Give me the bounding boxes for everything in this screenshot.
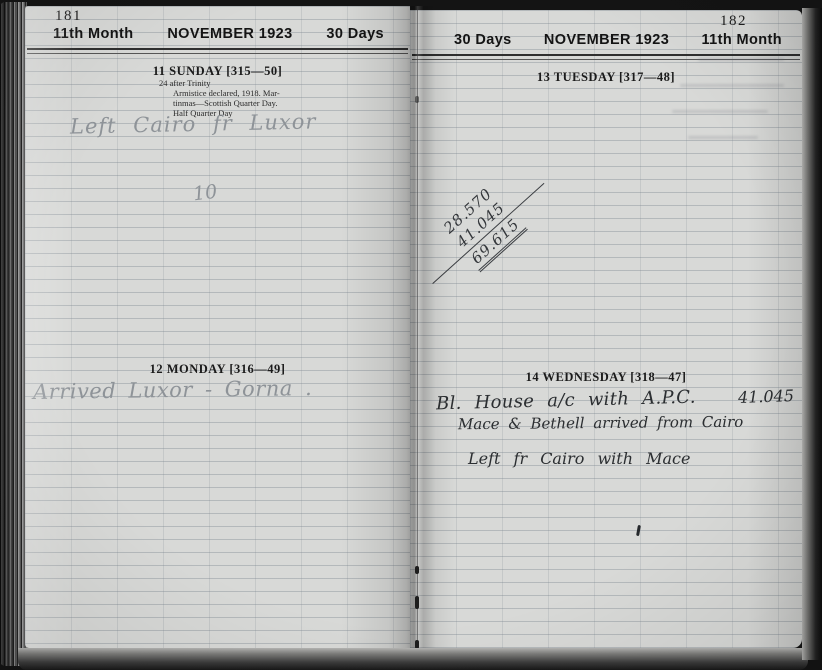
diary-scan: 181 11th Month NOVEMBER 1923 30 Days 11 … xyxy=(0,0,822,670)
day-header-monday: 12 MONDAY [316—49] xyxy=(25,362,410,377)
month-label: 11th Month xyxy=(53,26,134,42)
day-header-sunday: 11 SUNDAY [315—50] xyxy=(25,64,410,79)
header-rule xyxy=(27,48,408,54)
diary-page-left: 181 11th Month NOVEMBER 1923 30 Days 11 … xyxy=(25,6,410,648)
page-number: 181 xyxy=(55,8,82,25)
page-edge-right xyxy=(802,8,822,660)
page-header: 11th Month NOVEMBER 1923 30 Days xyxy=(25,26,410,42)
handwritten-entry: 10 xyxy=(192,181,219,206)
page-header: 30 Days NOVEMBER 1923 11th Month xyxy=(410,32,802,48)
printed-note-line: 24 after Trinity xyxy=(159,78,363,88)
header-title: NOVEMBER 1923 xyxy=(544,32,669,48)
handwritten-amount: 41.045 xyxy=(738,386,795,407)
days-label: 30 Days xyxy=(326,26,384,42)
page-edge-stack-left xyxy=(0,2,27,666)
handwritten-entry: Left fr Cairo with Mace xyxy=(468,449,690,468)
printed-note-line: tinmas—Scottish Quarter Day. xyxy=(173,98,363,108)
handwritten-entry: Mace & Bethell arrived from Cairo xyxy=(458,413,743,433)
handwritten-entry: Left Cairo fr Luxor xyxy=(70,109,317,138)
binding-stitch xyxy=(415,596,419,609)
show-through-mark xyxy=(688,136,758,139)
page-number: 182 xyxy=(720,13,747,30)
handwritten-entry: Bl. House a/c with A.P.C. xyxy=(436,387,696,415)
month-label: 11th Month xyxy=(701,32,782,48)
day-header-tuesday: 13 TUESDAY [317—48] xyxy=(410,70,802,85)
days-label: 30 Days xyxy=(454,32,512,48)
binding-stitch xyxy=(415,566,419,574)
page-bottom-edge xyxy=(18,648,808,670)
handwritten-entry: Arrived Luxor - Gorna . xyxy=(33,376,312,404)
show-through-mark xyxy=(672,110,768,113)
show-through-mark xyxy=(698,58,784,61)
stray-ink-mark xyxy=(636,525,641,536)
header-title: NOVEMBER 1923 xyxy=(167,26,292,42)
diary-page-right: 182 30 Days NOVEMBER 1923 11th Month 13 … xyxy=(410,10,802,648)
handwritten-calculation: 28.570 41.045 69.615 xyxy=(426,172,539,283)
day-header-wednesday: 14 WEDNESDAY [318—47] xyxy=(410,370,802,385)
binding-stitch xyxy=(415,96,419,103)
printed-note-line: Armistice declared, 1918. Mar- xyxy=(173,88,363,98)
